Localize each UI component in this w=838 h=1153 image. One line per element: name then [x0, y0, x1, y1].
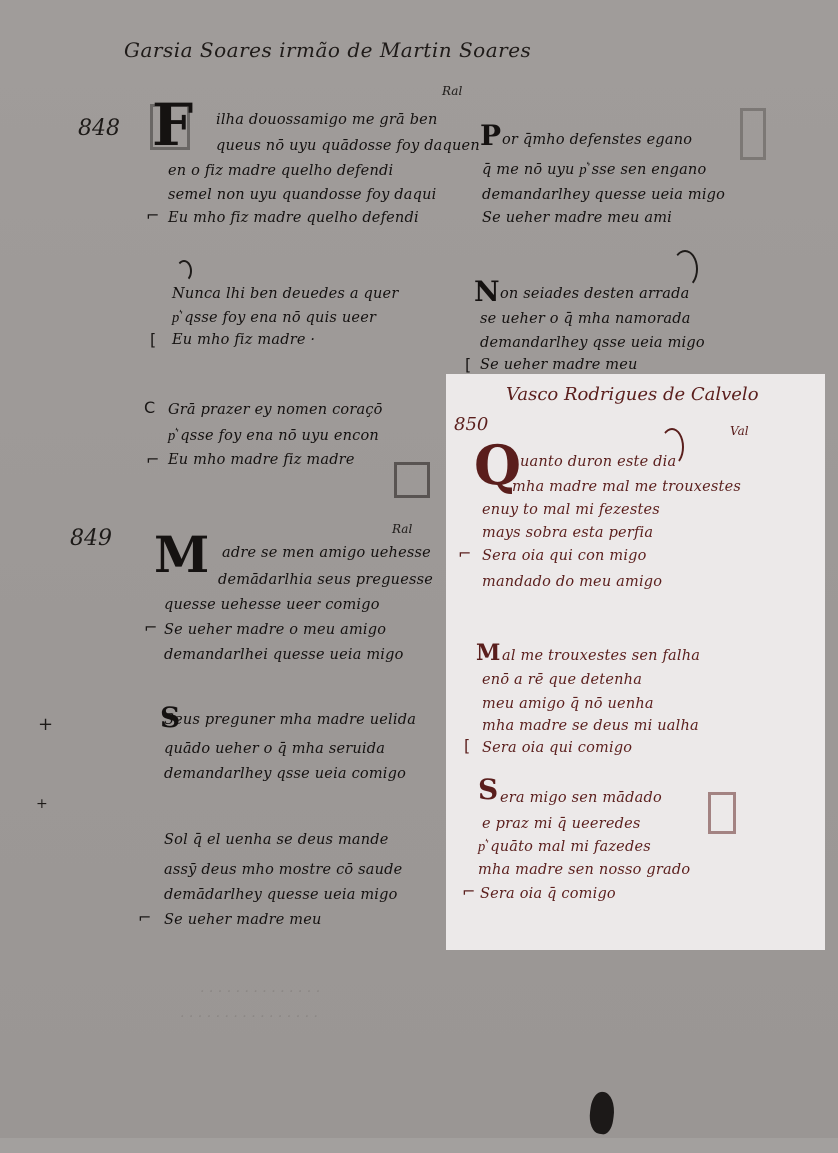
ornament-initial-frame: [394, 462, 430, 498]
verse-line: demādarlhia seus preguesse: [218, 572, 433, 588]
refrain-mark-icon: ⌐: [144, 618, 157, 637]
decorated-initial-n: N: [474, 278, 500, 306]
verse-line: q̄ me nō uyu p͛ sse sen engano: [482, 162, 706, 179]
paragraph-mark-icon: C: [144, 398, 155, 417]
cantiga-850-margin-mark: Val: [730, 424, 749, 438]
show-through-text: . . . . . . . . . . . . . .: [200, 980, 320, 996]
verse-line: se ueher o q̄ mha namorada: [480, 311, 691, 327]
verse-line: p͛ qsse foy ena nō quis ueer: [172, 310, 376, 327]
faded-initial-frame: [708, 792, 736, 834]
margin-cross-icon: +: [38, 714, 53, 735]
verse-line: Se ueher madre meu: [480, 357, 638, 373]
verse-line: assȳ deus mho mostre cō saude: [164, 862, 402, 878]
verse-line: Sera oia qui comigo: [482, 740, 632, 756]
verse-line: Eu mho fiz madre quelho defendi: [168, 210, 419, 226]
ascender-flourish: [176, 260, 192, 282]
verse-line: adre se men amigo uehesse: [222, 545, 431, 561]
verse-line: p͛ quāto mal mi fazedes: [478, 839, 651, 856]
verse-line: Nunca lhi ben deuedes a quer: [172, 286, 398, 302]
verse-line: Eu mho madre fiz madre: [168, 452, 355, 468]
cantiga-849-margin-mark: Ral: [392, 522, 412, 536]
decorated-initial-m: M: [154, 530, 209, 580]
verse-line: Sera oia qui con migo: [482, 548, 647, 564]
show-through-text: . . . . . . . . . . . . . . . .: [180, 1005, 318, 1021]
top-margin-mark: Ral: [442, 84, 462, 98]
highlighted-region: Vasco Rodrigues de Calvelo 850 Val Q uan…: [446, 374, 825, 950]
verse-line: mays sobra esta perfia: [482, 525, 653, 541]
refrain-mark-icon: [: [464, 736, 470, 755]
header-note: Garsia Soares irmão de Martin Soares: [124, 38, 531, 62]
decorated-initial-p: P: [480, 122, 501, 150]
ascender-flourish: [672, 250, 698, 288]
verse-line: Se ueher madre o meu amigo: [164, 622, 386, 638]
verse-line: mha madre se deus mi ualha: [482, 718, 699, 734]
author-heading: Vasco Rodrigues de Calvelo: [506, 384, 759, 405]
refrain-mark-icon: ⌐: [458, 544, 471, 563]
refrain-mark-icon: ⌐: [146, 450, 159, 469]
cantiga-number-849: 849: [70, 526, 112, 551]
refrain-mark-icon: [: [150, 330, 156, 349]
verse-line: era migo sen mādado: [500, 790, 662, 806]
faded-initial-frame: [740, 108, 766, 160]
verse-line: Grā prazer ey nomen coraçō: [168, 402, 383, 418]
verse-line: en o fiz madre quelho defendi: [168, 163, 393, 179]
verse-line: demandarlhei quesse ueia migo: [164, 647, 404, 663]
refrain-mark-icon: ⌐: [462, 882, 475, 901]
page-bottom-edge: [0, 1138, 838, 1153]
verse-line: quādo ueher o q̄ mha seruida: [164, 741, 385, 757]
verse-line: enuy to mal mi fezestes: [482, 502, 660, 518]
decorated-initial-s2: S: [478, 776, 498, 804]
verse-line: demandarlhey qsse ueia migo: [480, 335, 705, 351]
verse-line: mandado do meu amigo: [482, 574, 662, 590]
verse-line: or q̄mho defenstes egano: [502, 132, 692, 148]
verse-line: Sol q̄ el uenha se deus mande: [164, 832, 389, 848]
cantiga-number-848: 848: [78, 116, 120, 141]
ink-stain: [587, 1091, 617, 1136]
verse-line: Seus preguner mha madre uelida: [164, 712, 416, 728]
verse-line: demādarlhey quesse ueia migo: [164, 887, 398, 903]
refrain-mark-icon: ⌐: [138, 908, 151, 927]
verse-line: uanto duron este dia: [520, 454, 676, 470]
verse-line: p͛ qsse foy ena nō uyu encon: [168, 428, 379, 445]
verse-line: demandarlhey quesse ueia migo: [482, 187, 725, 203]
manuscript-page: . . . . . . . . . . . . . . . . . . . . …: [0, 0, 838, 1153]
verse-line: mha madre mal me trouxestes: [512, 479, 741, 495]
verse-line: Eu mho fiz madre ·: [172, 332, 315, 348]
verse-line: Se ueher madre meu ami: [482, 210, 672, 226]
verse-line: mha madre sen nosso grado: [478, 862, 690, 878]
refrain-mark-icon: [: [465, 355, 471, 374]
verse-line: queus nō uyu quādosse foy daquen: [216, 138, 480, 154]
verse-line: semel non uyu quandosse foy daqui: [168, 187, 436, 203]
verse-line: e praz mi q̄ ueeredes: [482, 816, 641, 832]
verse-line: al me trouxestes sen falha: [502, 648, 700, 664]
refrain-mark-icon: ⌐: [146, 206, 159, 225]
margin-cross-icon: +: [36, 796, 48, 812]
verse-line: on seiades desten arrada: [500, 286, 689, 302]
verse-line: enō a rē que detenha: [482, 672, 642, 688]
decorated-initial-m2: M: [476, 642, 500, 664]
verse-line: meu amigo q̄ nō uenha: [482, 696, 654, 712]
verse-line: ilha douossamigo me grā ben: [216, 112, 438, 128]
verse-line: demandarlhey qsse ueia comigo: [164, 766, 406, 782]
verse-line: Sera oia q̄ comigo: [480, 886, 616, 902]
decorated-initial-f: F: [152, 96, 193, 154]
cantiga-number-850: 850: [454, 414, 488, 435]
verse-line: Se ueher madre meu: [164, 912, 322, 928]
verse-line: quesse uehesse ueer comigo: [164, 597, 380, 613]
